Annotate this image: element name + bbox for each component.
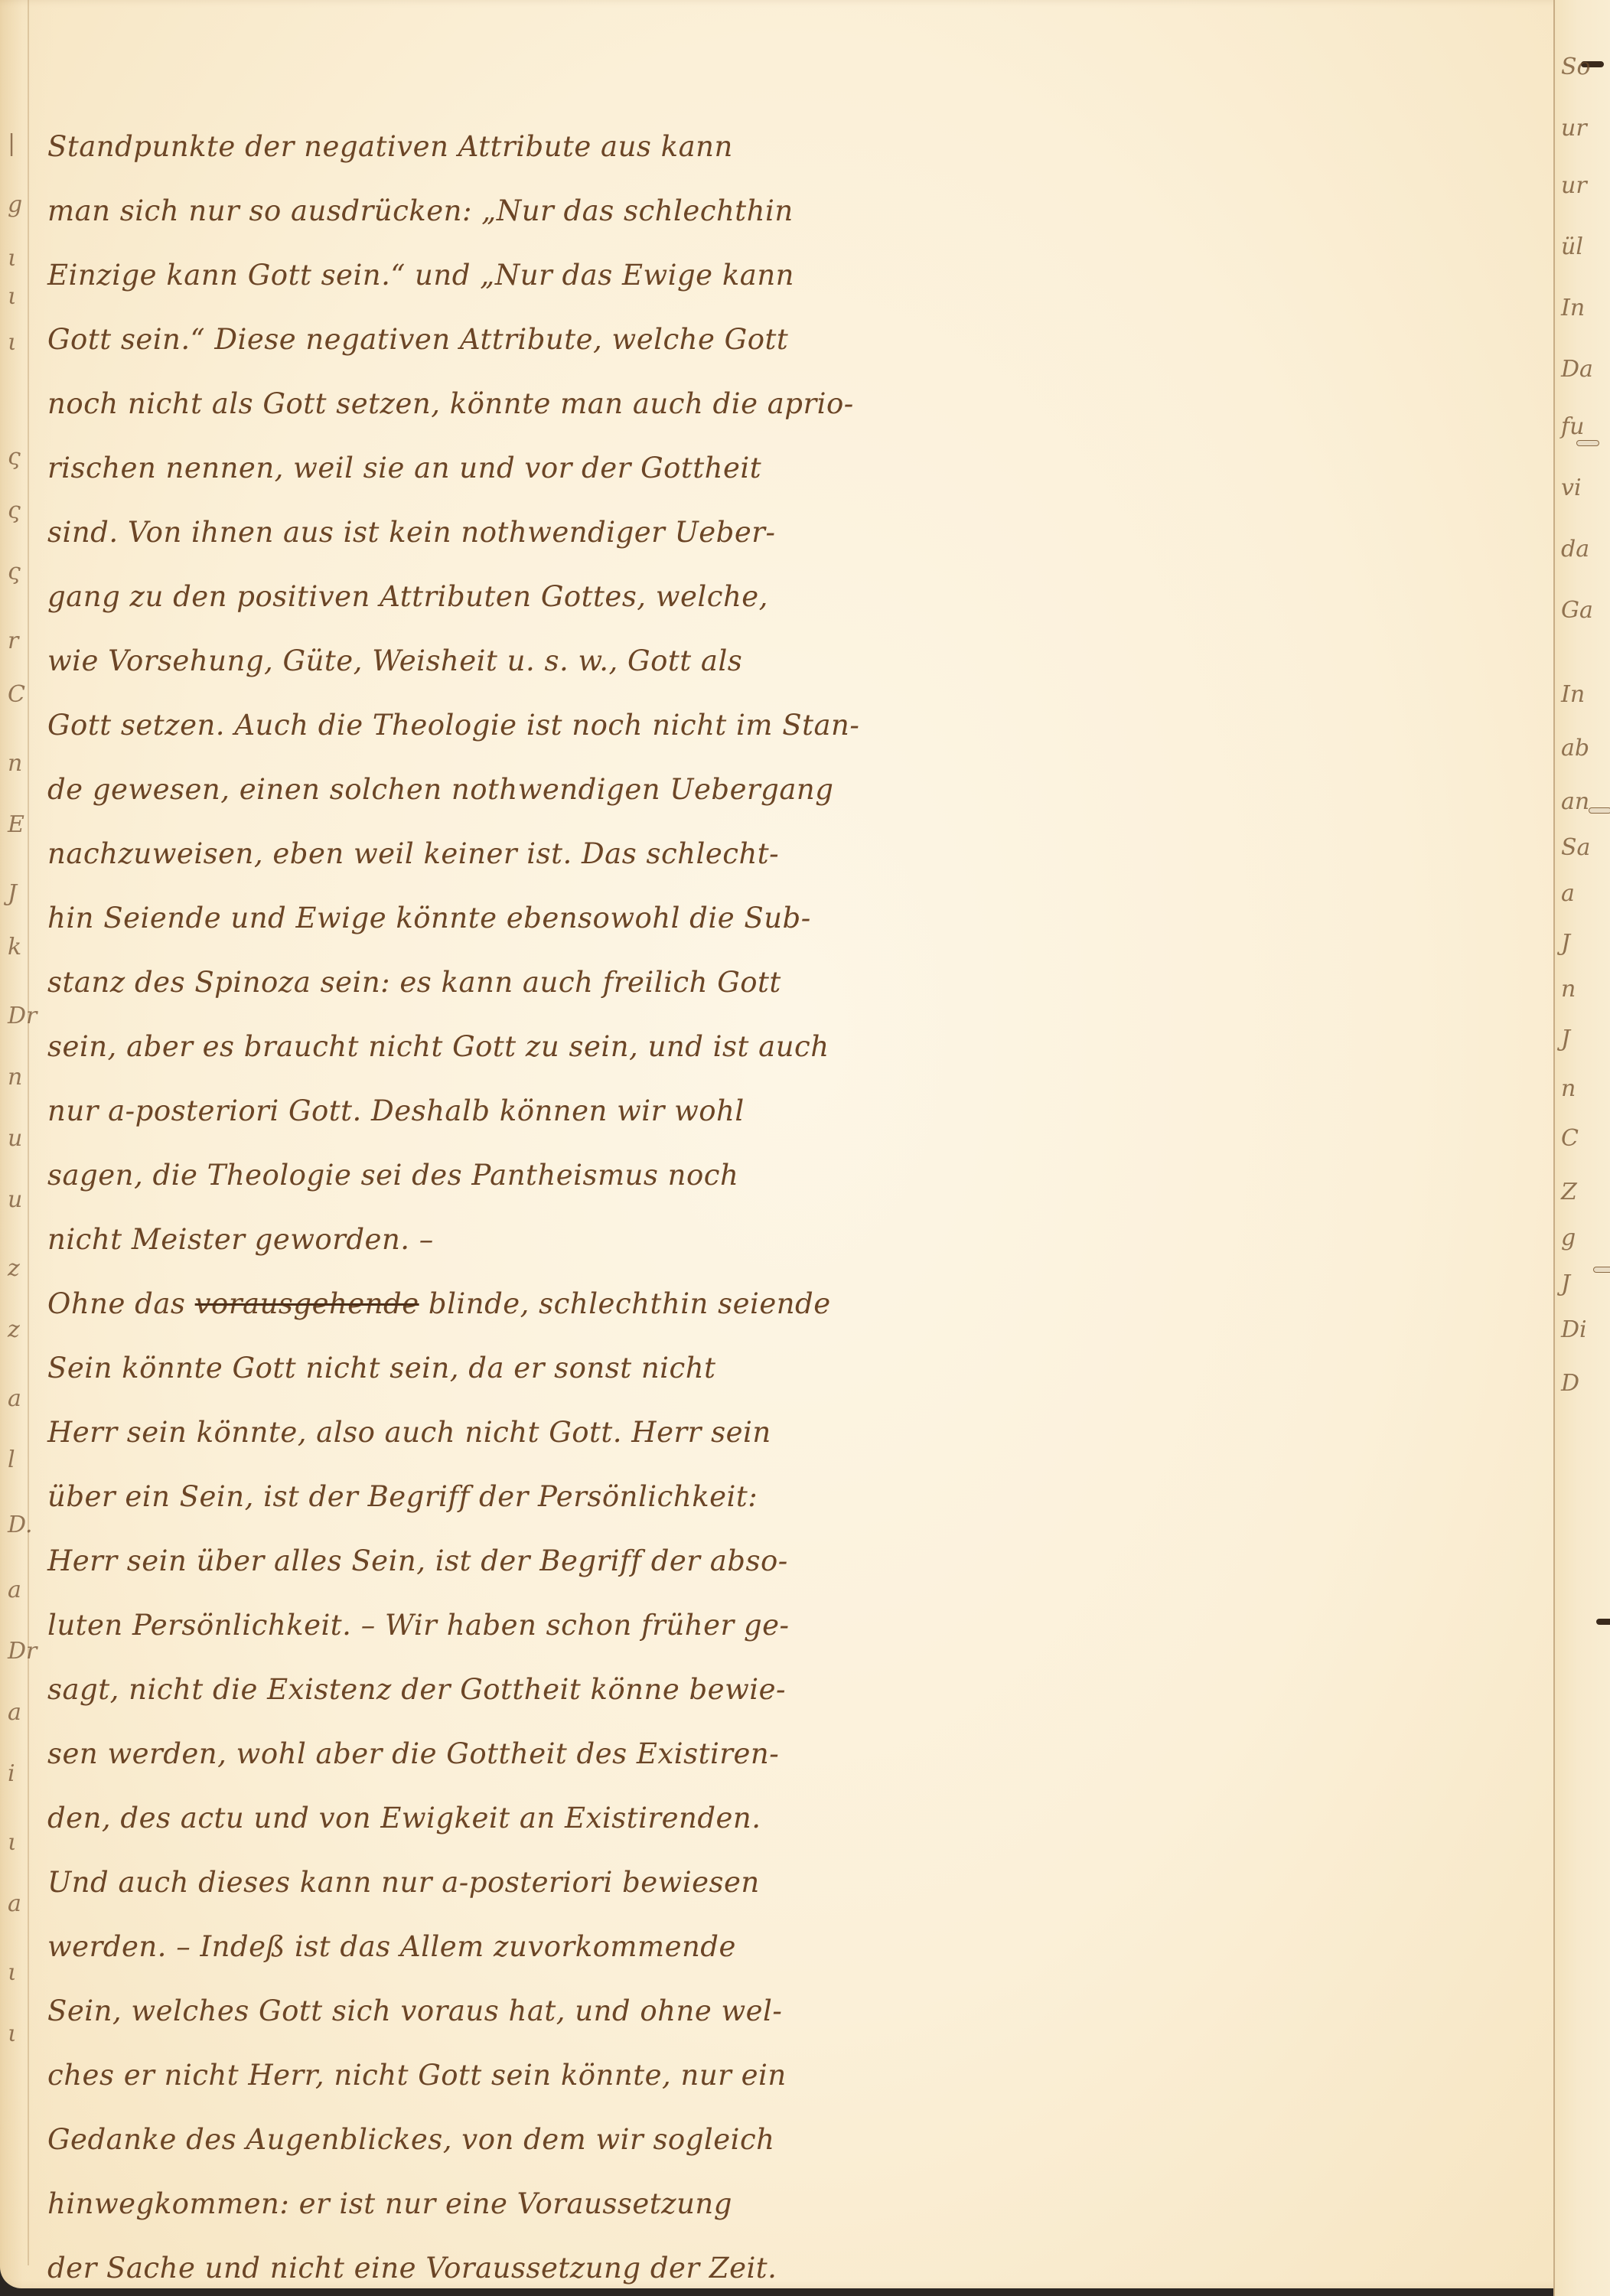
margin-glyph: a bbox=[8, 1577, 21, 1603]
gutter-glyph: J bbox=[1561, 1026, 1570, 1052]
gutter-glyph: Di bbox=[1561, 1316, 1587, 1343]
margin-glyph: u bbox=[8, 1186, 22, 1213]
text-line: Standpunkte der negativen Attribute aus … bbox=[47, 115, 859, 179]
gutter-glyph: C bbox=[1561, 1125, 1579, 1152]
margin-glyph: i bbox=[8, 1760, 15, 1787]
text-line: nur a-posteriori Gott. Deshalb können wi… bbox=[47, 1079, 859, 1143]
gutter-glyph: Ga bbox=[1561, 597, 1593, 624]
text-line: nicht Meister geworden. – bbox=[47, 1208, 859, 1272]
margin-glyph: ς bbox=[8, 497, 21, 524]
text-line: Gott setzen. Auch die Theologie ist noch… bbox=[47, 693, 859, 758]
text-line: hin Seiende und Ewige könnte ebensowohl … bbox=[47, 886, 859, 951]
margin-glyph: n bbox=[8, 750, 22, 777]
gutter-glyph: Z bbox=[1561, 1179, 1577, 1205]
text-line: luten Persönlichkeit. – Wir haben schon … bbox=[47, 1593, 859, 1658]
text-line: sagen, die Theologie sei des Pantheismus… bbox=[47, 1143, 859, 1208]
gutter-glyph: a bbox=[1561, 880, 1575, 907]
margin-glyph: D. bbox=[8, 1512, 33, 1538]
margin-glyph: ι bbox=[8, 283, 17, 310]
margin-glyph: g bbox=[8, 191, 22, 218]
margin-glyph: k bbox=[8, 934, 21, 960]
text-line: wie Vorsehung, Güte, Weisheit u. s. w., … bbox=[47, 629, 859, 693]
text-line-with-strikethrough: Ohne das vorausgehende blinde, schlechth… bbox=[47, 1272, 859, 1336]
text-line: gang zu den positiven Attributen Gottes,… bbox=[47, 565, 859, 629]
gutter-glyph: n bbox=[1561, 1075, 1576, 1102]
text-line: sen werden, wohl aber die Gottheit des E… bbox=[47, 1722, 859, 1786]
margin-glyph: a bbox=[8, 1385, 21, 1412]
text-line: rischen nennen, weil sie an und vor der … bbox=[47, 436, 859, 501]
text-line: Und auch dieses kann nur a-posteriori be… bbox=[47, 1851, 859, 1915]
margin-glyph: a bbox=[8, 1699, 21, 1726]
margin-glyph: Dr bbox=[8, 1638, 37, 1665]
text-line: Sein könnte Gott nicht sein, da er sonst… bbox=[47, 1336, 859, 1401]
gutter-glyph: ül bbox=[1561, 233, 1583, 260]
text-line: den, des actu und von Ewigkeit an Existi… bbox=[47, 1786, 859, 1851]
margin-glyph: J bbox=[8, 880, 17, 907]
text-line: ches er nicht Herr, nicht Gott sein könn… bbox=[47, 2043, 859, 2108]
text-line: hinwegkommen: er ist nur eine Voraussetz… bbox=[47, 2172, 859, 2236]
text-line: sein, aber es braucht nicht Gott zu sein… bbox=[47, 1015, 859, 1079]
gutter-glyph: n bbox=[1561, 976, 1576, 1003]
margin-glyph: r bbox=[8, 628, 18, 654]
manuscript-text: Standpunkte der negativen Attribute aus … bbox=[47, 115, 859, 2296]
gutter-glyph: In bbox=[1561, 681, 1585, 708]
scanned-page: | g ι ι ι ς ς ς r C n E J k Dr n u u z z… bbox=[0, 0, 1610, 2296]
gutter-glyph: J bbox=[1561, 1270, 1570, 1297]
margin-glyph: z bbox=[8, 1316, 20, 1343]
gutter-glyph: In bbox=[1561, 295, 1585, 321]
text-line: sind. Von ihnen aus ist kein nothwendige… bbox=[47, 501, 859, 565]
text-line: Einzige kann Gott sein.“ und „Nur das Ew… bbox=[47, 243, 859, 308]
gutter-glyph: da bbox=[1561, 536, 1589, 563]
gutter-glyph: ab bbox=[1561, 735, 1589, 762]
text-line: stanz des Spinoza sein: es kann auch fre… bbox=[47, 951, 859, 1015]
text-line: werden. – Indeß ist das Allem zuvorkomme… bbox=[47, 1915, 859, 1979]
text-line: Herr sein über alles Sein, ist der Begri… bbox=[47, 1529, 859, 1593]
binding-thread bbox=[1589, 807, 1610, 814]
margin-glyph: ι bbox=[8, 1829, 17, 1856]
text-segment: Ohne das bbox=[47, 1287, 195, 1320]
text-line: sagt, nicht die Existenz der Gottheit kö… bbox=[47, 1658, 859, 1722]
gutter-glyph: g bbox=[1561, 1225, 1576, 1251]
margin-glyph: n bbox=[8, 1064, 22, 1091]
gutter-glyph: Sa bbox=[1561, 834, 1590, 861]
text-line: Gedanke des Augenblickes, von dem wir so… bbox=[47, 2108, 859, 2172]
binding-thread bbox=[1596, 1619, 1610, 1625]
gutter-glyph: fu bbox=[1561, 413, 1584, 440]
text-line: noch nicht als Gott setzen, könnte man a… bbox=[47, 372, 859, 436]
margin-glyph: l bbox=[8, 1446, 15, 1473]
text-line: man sich nur so ausdrücken: „Nur das sch… bbox=[47, 179, 859, 243]
text-line: über ein Sein, ist der Begriff der Persö… bbox=[47, 1465, 859, 1529]
text-line: Herr sein könnte, also auch nicht Gott. … bbox=[47, 1401, 859, 1465]
binding-thread bbox=[1576, 440, 1599, 446]
margin-glyph: | bbox=[8, 130, 15, 157]
gutter-glyph: ur bbox=[1561, 172, 1587, 199]
text-line: der Sache und nicht eine Voraussetzung d… bbox=[47, 2236, 859, 2296]
margin-glyph: ς bbox=[8, 559, 21, 585]
struck-word: vorausgehende bbox=[195, 1287, 419, 1320]
gutter-glyph: vi bbox=[1561, 475, 1582, 501]
text-line: nachzuweisen, eben weil keiner ist. Das … bbox=[47, 822, 859, 886]
gutter-glyph: Da bbox=[1561, 356, 1593, 383]
text-line: Sein, welches Gott sich voraus hat, und … bbox=[47, 1979, 859, 2043]
margin-glyph: ι bbox=[8, 2020, 17, 2047]
margin-glyph: Dr bbox=[8, 1003, 37, 1029]
margin-glyph: C bbox=[8, 681, 25, 708]
margin-glyph: ι bbox=[8, 329, 17, 356]
gutter-glyph: ur bbox=[1561, 115, 1587, 142]
binding-thread bbox=[1593, 1267, 1610, 1273]
margin-glyph: ι bbox=[8, 245, 17, 272]
gutter-glyph: So bbox=[1561, 54, 1591, 80]
gutter-glyph: J bbox=[1561, 930, 1570, 957]
gutter-glyph: D bbox=[1561, 1370, 1579, 1397]
margin-glyph: ς bbox=[8, 444, 21, 471]
gutter-glyph: an bbox=[1561, 788, 1589, 815]
page-fold-line bbox=[28, 0, 29, 2265]
margin-glyph: u bbox=[8, 1125, 22, 1152]
margin-glyph: a bbox=[8, 1890, 21, 1917]
margin-glyph: z bbox=[8, 1255, 20, 1282]
text-line: Gott sein.“ Diese negativen Attribute, w… bbox=[47, 308, 859, 372]
margin-glyph: ι bbox=[8, 1959, 17, 1986]
margin-glyph: E bbox=[8, 811, 24, 838]
manuscript-page: | g ι ι ι ς ς ς r C n E J k Dr n u u z z… bbox=[0, 0, 1584, 2288]
text-line: de gewesen, einen solchen nothwendigen U… bbox=[47, 758, 859, 822]
text-segment: blinde, schlechthin seiende bbox=[419, 1287, 831, 1320]
